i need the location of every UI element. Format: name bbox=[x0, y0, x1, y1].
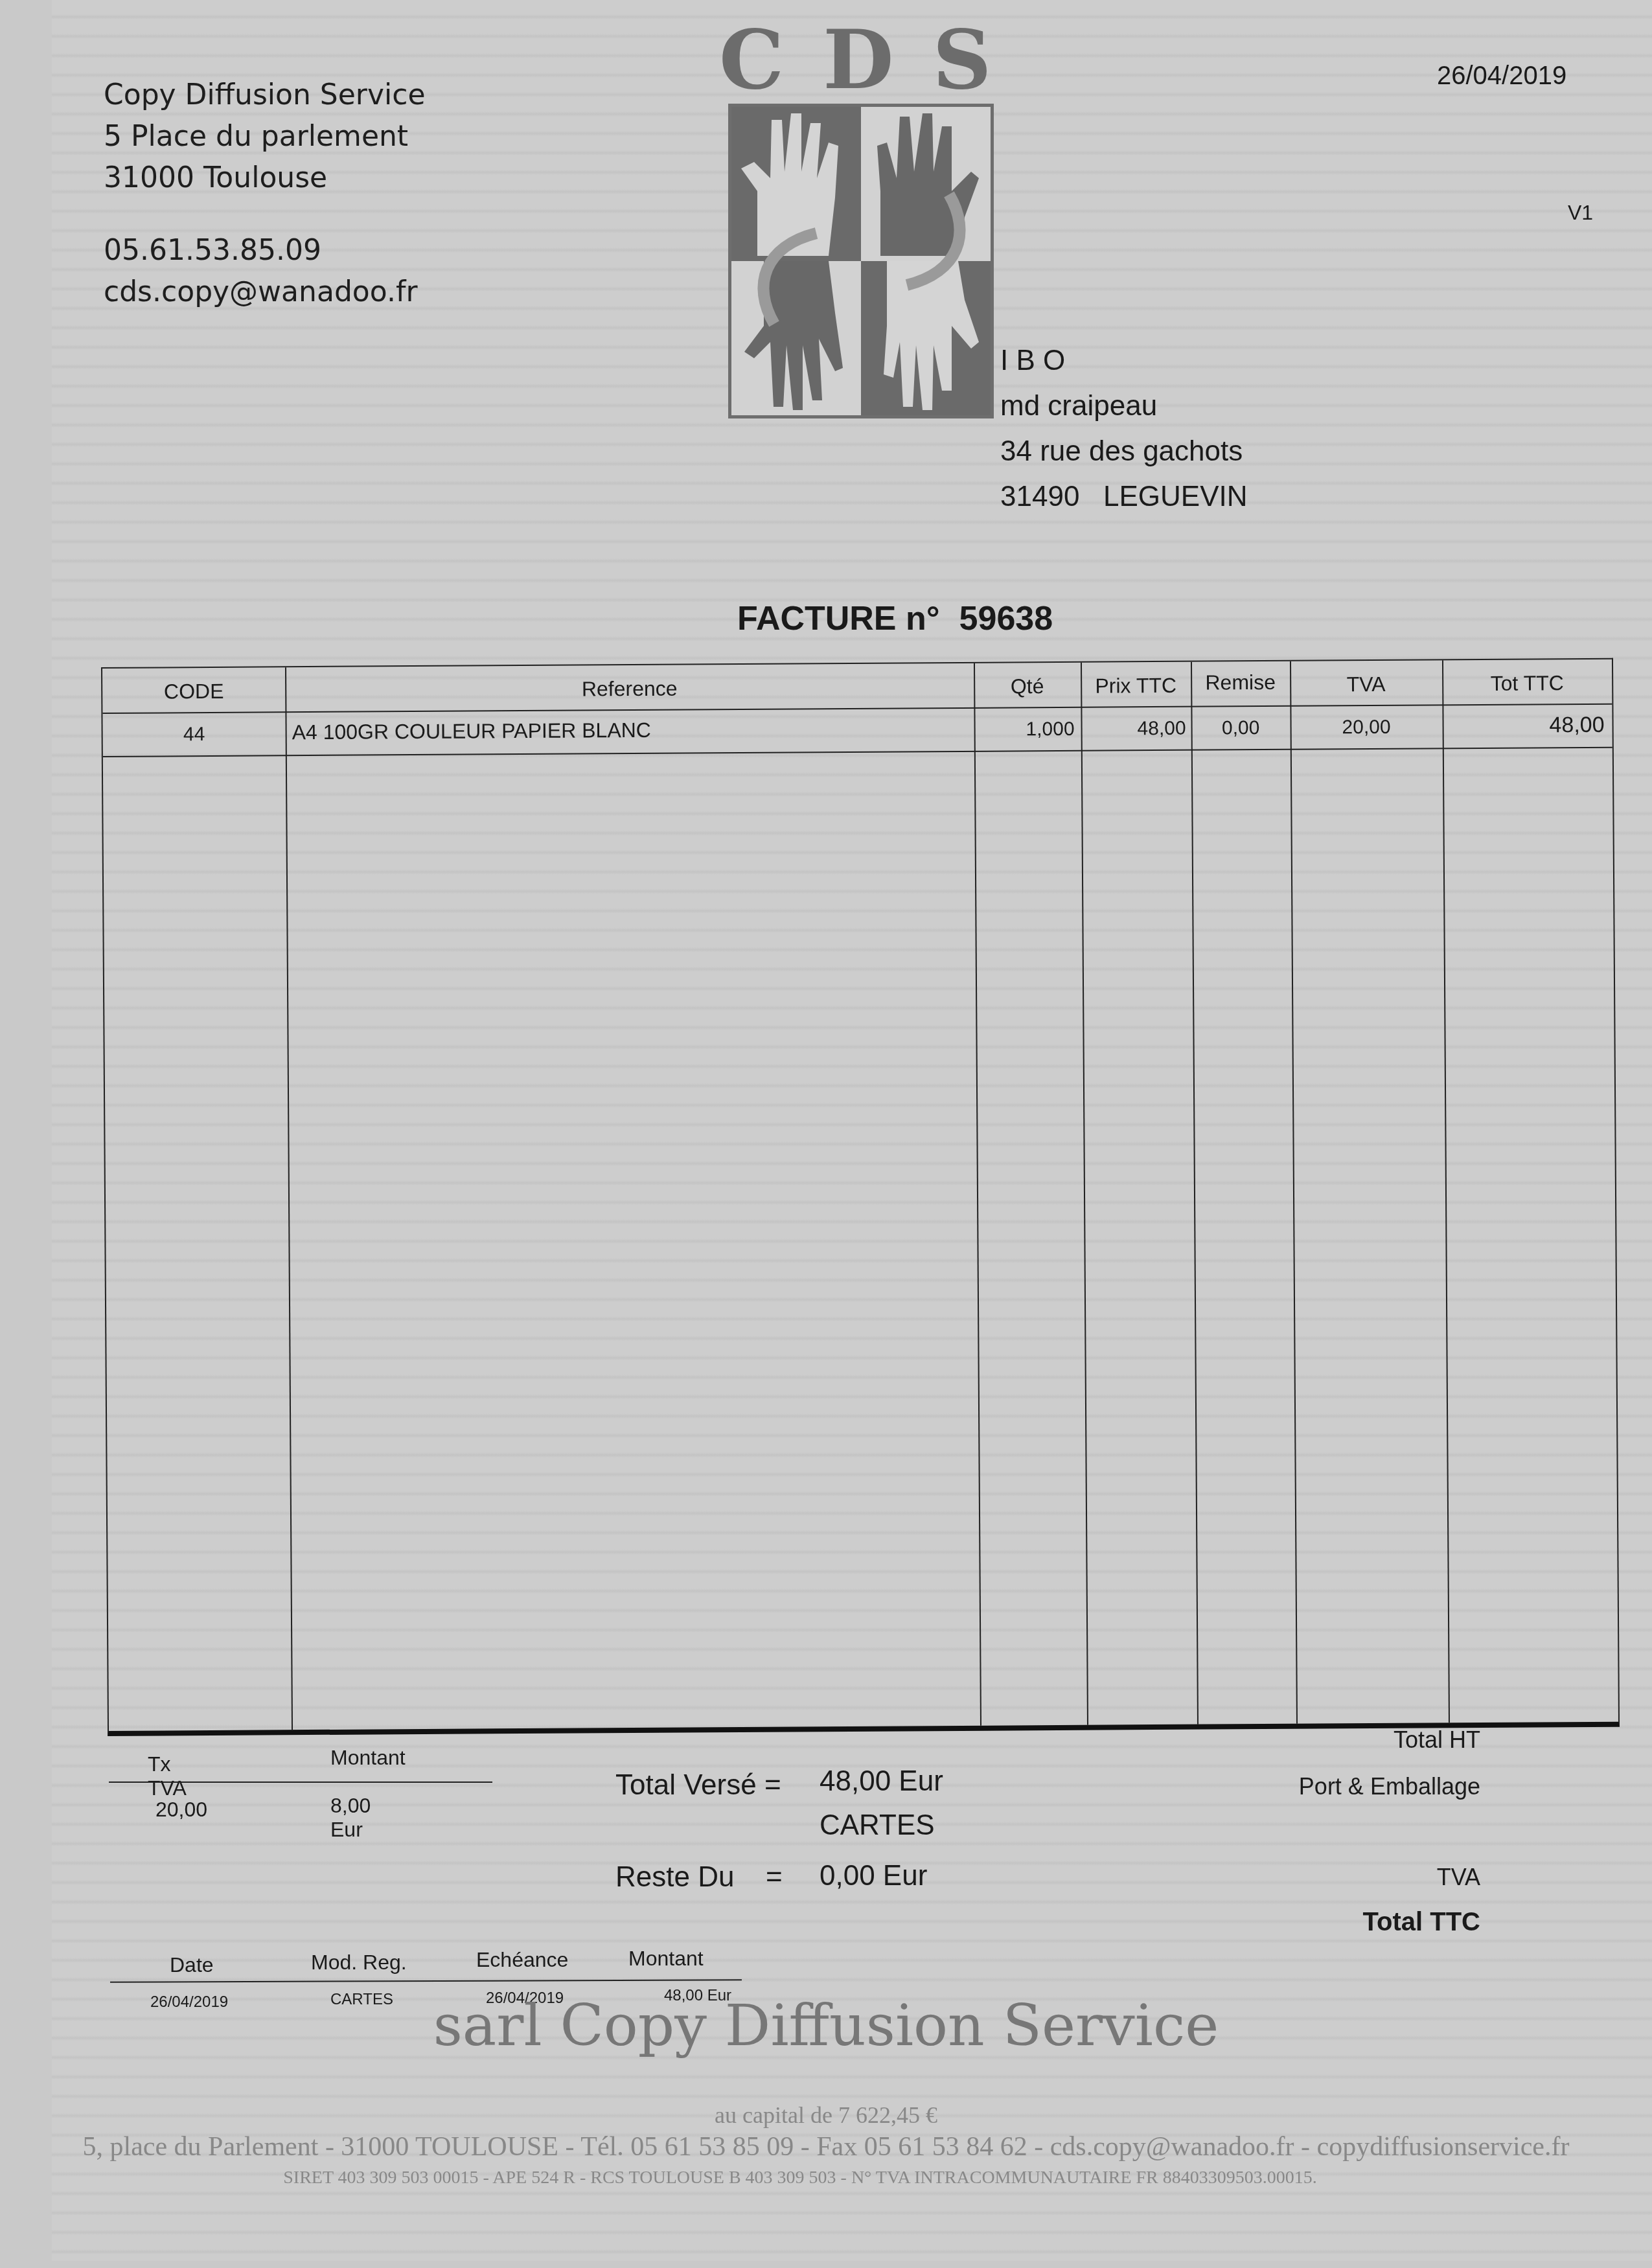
tva-total-value: 8,00 Eur bbox=[1503, 1861, 1652, 1885]
due-eq: = bbox=[766, 1854, 783, 1901]
payment-method: CARTES bbox=[820, 1802, 935, 1849]
row-code: 44 bbox=[103, 723, 286, 746]
tva-rate-header: Tx TVA bbox=[148, 1752, 187, 1800]
header-price-ttc: Prix TTC bbox=[1081, 674, 1191, 698]
header-total-ttc: Tot TTC bbox=[1442, 671, 1612, 696]
total-ttc-label: Total TTC bbox=[1263, 1908, 1480, 1937]
recipient-name: I B O bbox=[1000, 338, 1248, 384]
recipient-city-line: 31490 LEGUEVIN bbox=[1000, 474, 1248, 520]
header-qty: Qté bbox=[974, 674, 1081, 699]
due-label: Reste Du bbox=[615, 1854, 734, 1901]
row-price-ttc: 48,00 bbox=[1081, 718, 1186, 740]
sender-company: Copy Diffusion Service bbox=[104, 74, 425, 116]
row-reference: A4 100GR COULEUR PAPIER BLANC bbox=[292, 718, 651, 744]
header-code: CODE bbox=[102, 679, 285, 704]
footer-brand: sarl Copy Diffusion Service bbox=[0, 1992, 1652, 2059]
row-tva: 20,00 bbox=[1291, 716, 1443, 739]
sender-email: cds.copy@wanadoo.fr bbox=[104, 271, 425, 313]
total-ht-label: Total HT bbox=[1263, 1726, 1480, 1754]
footer-legal-line: SIRET 403 309 503 00015 - APE 524 R - RC… bbox=[0, 2168, 1626, 2188]
header-reference: Reference bbox=[285, 675, 974, 703]
footer-capital: au capital de 7 622,45 € bbox=[0, 2102, 1652, 2129]
sender-phone: 05.61.53.85.09 bbox=[104, 230, 425, 271]
recipient-city: LEGUEVIN bbox=[1103, 481, 1248, 512]
invoice-title: FACTURE n°59638 bbox=[737, 599, 1053, 638]
logo-letters: CDS bbox=[719, 12, 1004, 108]
header-discount: Remise bbox=[1191, 670, 1290, 695]
paid-label: Total Versé = bbox=[615, 1762, 781, 1809]
sender-block: Copy Diffusion Service 5 Place du parlem… bbox=[104, 74, 425, 313]
shipping-value: 0,00 Eur bbox=[1503, 1770, 1652, 1794]
items-table: CODE Reference Qté Prix TTC Remise TVA T… bbox=[101, 658, 1620, 1736]
total-ttc-value: 48,00 Eur bbox=[1503, 1908, 1652, 1932]
invoice-title-label: FACTURE n° bbox=[737, 600, 940, 637]
row-qty: 1,000 bbox=[974, 718, 1075, 741]
sender-address-line2: 31000 Toulouse bbox=[104, 157, 425, 199]
recipient-street: 34 rue des gachots bbox=[1000, 429, 1248, 474]
footer-contact-line: 5, place du Parlement - 31000 TOULOUSE -… bbox=[0, 2131, 1652, 2162]
tva-total-label: TVA bbox=[1263, 1864, 1480, 1891]
tva-rate-value: 20,00 bbox=[155, 1798, 207, 1822]
logo-arrows-icon bbox=[745, 188, 978, 330]
schedule-header-amount: Montant bbox=[628, 1947, 704, 1971]
tva-amount-value: 8,00 Eur bbox=[330, 1794, 371, 1842]
recipient-postal-code: 31490 bbox=[1000, 481, 1079, 512]
schedule-header-mode: Mod. Reg. bbox=[311, 1951, 407, 1975]
row-total-ttc: 48,00 bbox=[1442, 713, 1604, 739]
tva-amount-header: Montant bbox=[330, 1746, 406, 1770]
sender-address-line1: 5 Place du parlement bbox=[104, 116, 425, 157]
recipient-block: I B O md craipeau 34 rue des gachots 314… bbox=[1000, 338, 1248, 520]
row-discount: 0,00 bbox=[1191, 717, 1291, 740]
header-tva: TVA bbox=[1290, 672, 1442, 696]
due-value: 0,00 Eur bbox=[820, 1853, 927, 1899]
version-label: V1 bbox=[1568, 201, 1593, 225]
schedule-header-due: Echéance bbox=[476, 1948, 568, 1972]
schedule-header-date: Date bbox=[170, 1953, 214, 1977]
shipping-label: Port & Emballage bbox=[1140, 1773, 1480, 1800]
total-ht-value: 40,00 Eur bbox=[1503, 1723, 1652, 1747]
recipient-contact: md craipeau bbox=[1000, 384, 1248, 429]
paid-value: 48,00 Eur bbox=[820, 1758, 943, 1805]
invoice-date: 26/04/2019 bbox=[1437, 62, 1566, 91]
invoice-number: 59638 bbox=[959, 600, 1053, 637]
